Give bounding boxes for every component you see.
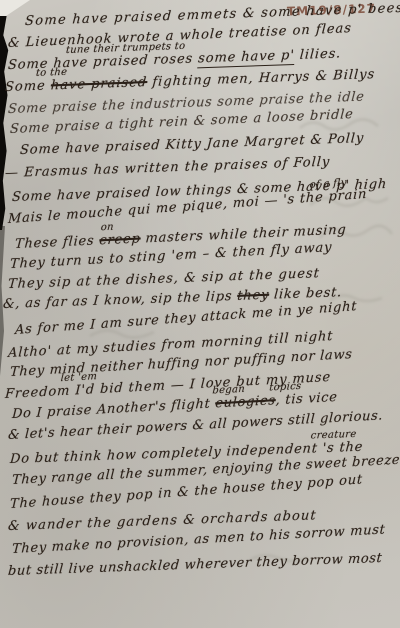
manuscript-line: Some have praised Kitty Jane Margret & P… [19,131,364,158]
line-text: &, as far as I know, sip the lips [2,289,237,312]
manuscript-photo: TM19/8/127 Some have praised emmets & so… [0,0,400,628]
interlinear-insertion: on [100,222,114,234]
interlinear-insertion: let 'em [60,371,97,384]
line-text: — Erasmus has written the praises of Fol… [4,155,330,181]
interlinear-insertion: to the [36,67,68,79]
line-text: fighting men, Harrys & Billys [147,67,376,90]
manuscript-line-text: Some have praised Kitty Jane Margret & P… [19,131,364,158]
line-text: Some have praised Kitty Jane Margret & P… [19,131,364,158]
manuscript-lines: Some have praised emmets & some have p' … [0,0,400,628]
struck-text: they [237,288,270,304]
interlinear-insertion: creature [310,429,357,442]
manuscript-line: but still live unshackled wherever they … [7,551,382,579]
line-text: but still live unshackled wherever they … [7,551,382,579]
line-text: Some [4,78,51,95]
line-text: lilies. [294,46,341,63]
manuscript-line-text: — Erasmus has written the praises of Fol… [4,155,330,181]
manuscript-line-text: but still live unshackled wherever they … [7,551,382,579]
paper-sheet: TM19/8/127 Some have praised emmets & so… [0,0,400,628]
struck-text: creep [99,231,141,248]
line-text: These flies [15,233,100,252]
underlined-text: some have p' [197,48,295,68]
manuscript-line: — Erasmus has written the praises of Fol… [4,155,330,181]
